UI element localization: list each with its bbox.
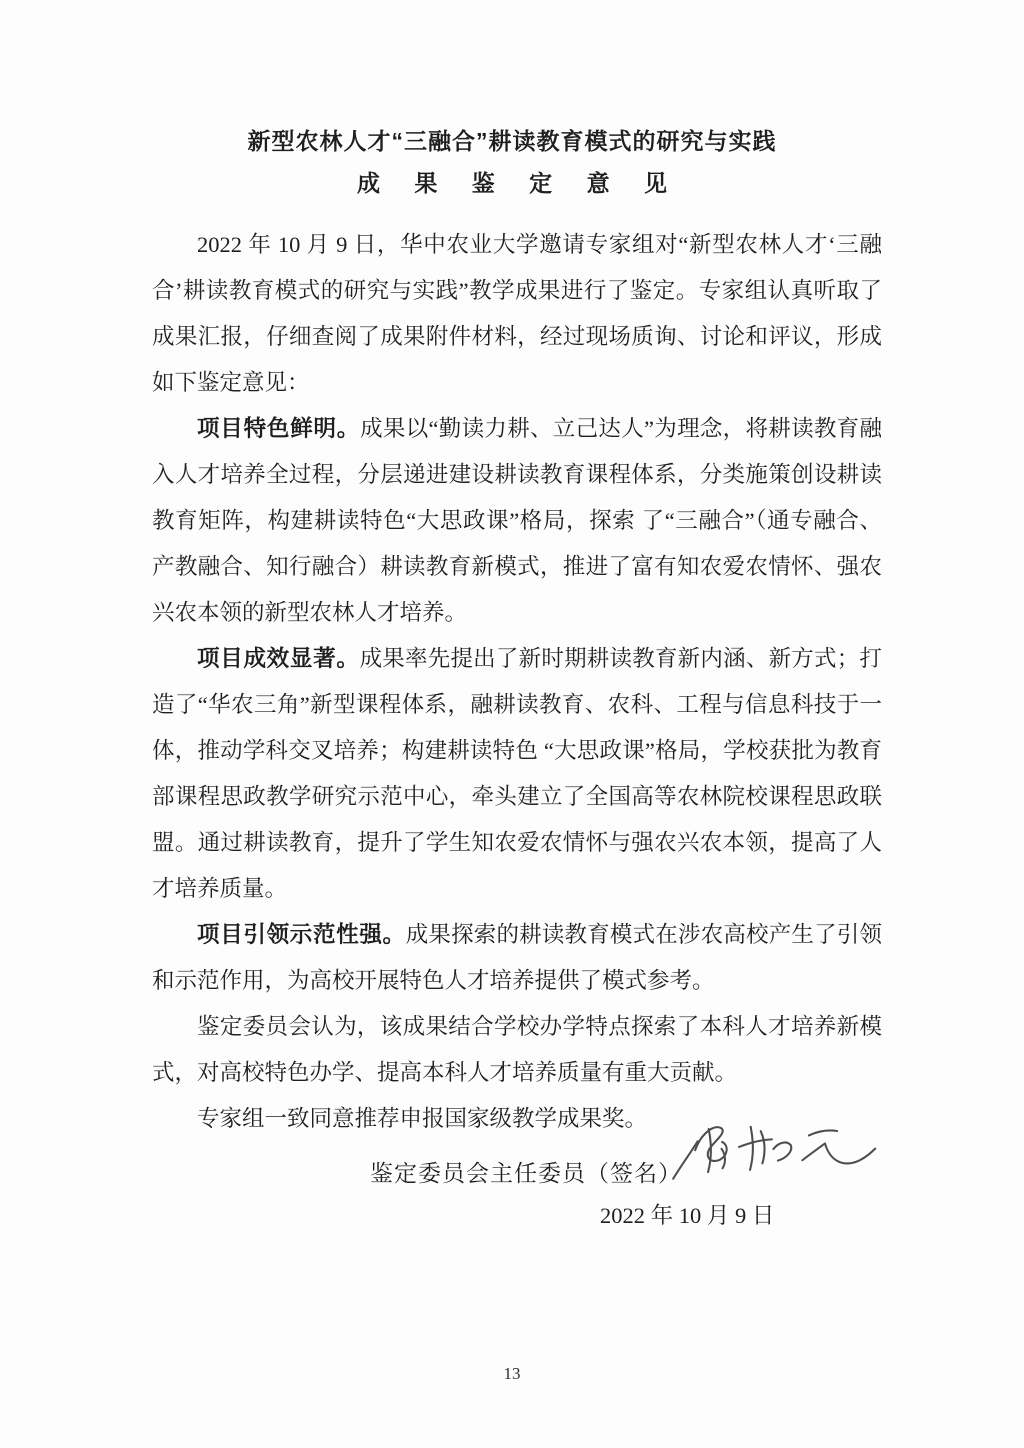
paragraph-lead: 项目特色鲜明。 (197, 416, 360, 441)
document-subtitle: 成 果 鉴 定 意 见 (0, 168, 1024, 198)
page-number: 13 (0, 1364, 1024, 1384)
document-title: 新型农林人才“三融合”耕读教育模式的研究与实践 (0, 126, 1024, 156)
document-page: 新型农林人才“三融合”耕读教育模式的研究与实践 成 果 鉴 定 意 见 2022… (0, 0, 1024, 1448)
signature-label: 鉴定委员会主任委员（签名） (370, 1161, 682, 1186)
document-body: 2022 年 10 月 9 日，华中农业大学邀请专家组对“新型农林人才‘三融合’… (152, 222, 882, 1142)
paragraph-text: 成果以“勤读力耕、立己达人”为理念，将耕读教育融入人才培养全过程，分层递进建设耕… (152, 416, 882, 625)
paragraph-intro: 2022 年 10 月 9 日，华中农业大学邀请专家组对“新型农林人才‘三融合’… (152, 222, 882, 406)
paragraph-committee-opinion: 鉴定委员会认为，该成果结合学校办学特点探索了本科人才培养新模式，对高校特色办学、… (152, 1004, 882, 1096)
paragraph-demonstration: 项目引领示范性强。成果探索的耕读教育模式在涉农高校产生了引领和示范作用，为高校开… (152, 912, 882, 1004)
signature-date: 2022 年 10 月 9 日 (600, 1201, 774, 1231)
title-block: 新型农林人才“三融合”耕读教育模式的研究与实践 成 果 鉴 定 意 见 (0, 126, 1024, 198)
paragraph-text: 鉴定委员会认为，该成果结合学校办学特点探索了本科人才培养新模式，对高校特色办学、… (152, 1014, 882, 1085)
handwritten-signature-icon (664, 1104, 883, 1197)
paragraph-text: 2022 年 10 月 9 日，华中农业大学邀请专家组对“新型农林人才‘三融合’… (152, 232, 882, 395)
paragraph-text: 专家组一致同意推荐申报国家级教学成果奖。 (197, 1106, 647, 1131)
signature-line: 鉴定委员会主任委员（签名） (370, 1158, 682, 1190)
paragraph-lead: 项目成效显著。 (197, 646, 360, 671)
paragraph-feature: 项目特色鲜明。成果以“勤读力耕、立己达人”为理念，将耕读教育融入人才培养全过程，… (152, 406, 882, 636)
paragraph-lead: 项目引领示范性强。 (197, 922, 406, 947)
paragraph-text: 成果率先提出了新时期耕读教育新内涵、新方式；打造了“华农三角”新型课程体系，融耕… (152, 646, 882, 901)
paragraph-effect: 项目成效显著。成果率先提出了新时期耕读教育新内涵、新方式；打造了“华农三角”新型… (152, 636, 882, 912)
